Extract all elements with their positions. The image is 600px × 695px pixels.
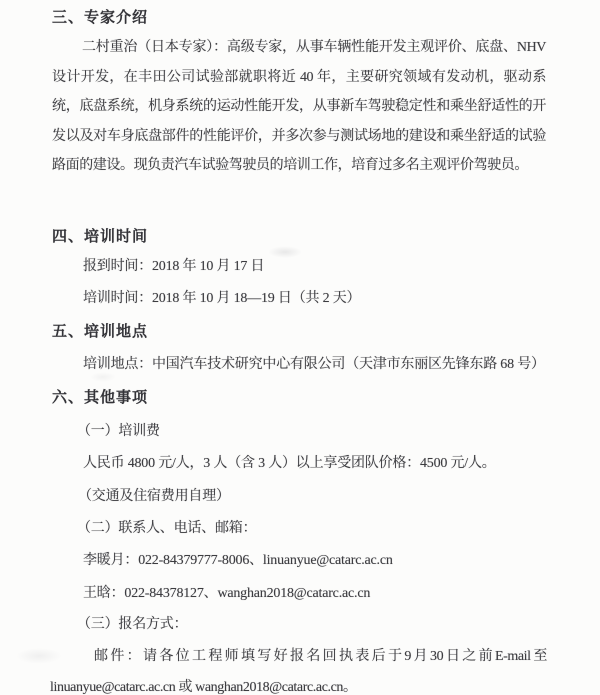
scanned-document-page: 三、专家介绍 二村重治（日本专家）：高级专家，从事车辆性能开发主观评价、底盘、N… (0, 0, 600, 695)
subitem-training-fee: （一）培训费 (77, 420, 160, 440)
document-content: 三、专家介绍 二村重治（日本专家）：高级专家，从事车辆性能开发主观评价、底盘、N… (52, 0, 548, 695)
subitem-registration-method: （三）报名方式： (77, 613, 187, 633)
registration-time-line: 报到时间：2018 年 10 月 17 日 (83, 255, 264, 275)
fee-price-line: 人民币 4800 元/人，3 人（含 3 人）以上享受团队价格：4500 元/人… (83, 452, 496, 472)
registration-email-paragraph: 邮件：请各位工程师填写好报名回执表后于9月30日之前E-mail至linuany… (50, 641, 547, 695)
section-heading-expert-intro: 三、专家介绍 (52, 6, 148, 27)
subitem-contacts: （二）联系人、电话、邮箱： (77, 517, 256, 537)
fee-note-line: （交通及住宿费用自理） (78, 485, 230, 505)
training-time-line: 培训时间：2018 年 10 月 18—19 日（共 2 天） (83, 287, 360, 307)
section-heading-other-matters: 六、其他事项 (52, 386, 148, 407)
contact-line-wang-han: 王晗：022-84378127、wanghan2018@catarc.ac.cn (83, 582, 370, 602)
training-location-line: 培训地点：中国汽车技术研究中心有限公司（天津市东丽区先锋东路 68 号） (83, 353, 545, 373)
contact-line-li-nuanyue: 李暖月：022-84379777-8006、linuanyue@catarc.a… (83, 549, 393, 569)
section-heading-training-location: 五、培训地点 (52, 320, 148, 341)
section-heading-training-time: 四、培训时间 (52, 225, 148, 246)
expert-intro-paragraph: 二村重治（日本专家）：高级专家，从事车辆性能开发主观评价、底盘、NHV设计开发，… (52, 33, 546, 181)
